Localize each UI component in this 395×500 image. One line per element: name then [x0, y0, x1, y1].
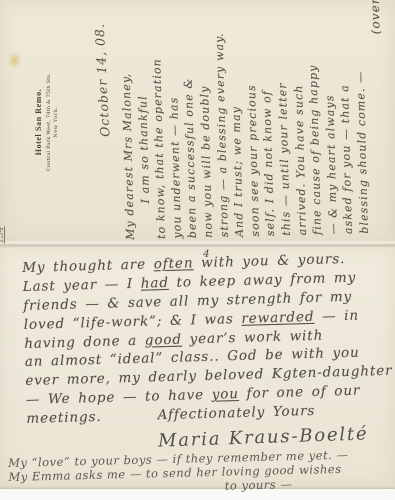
- text-segment: My dearest Mrs Maloney,: [120, 73, 137, 240]
- text-segment: self. I did not know of: [260, 90, 277, 236]
- text-segment: My thought are: [22, 256, 154, 276]
- text-segment: Affectionately Yours: [157, 403, 315, 423]
- text-segment: soon see your precious: [245, 84, 262, 237]
- text-segment: year’s work with: [182, 327, 324, 347]
- text-segment: with you & yours.: [193, 251, 345, 271]
- date-line: October 14, 08.: [90, 2, 112, 138]
- text-segment: you underwent — has: [167, 96, 184, 238]
- text-segment: I am so thankful: [136, 95, 152, 203]
- underlined-text: rewarded: [241, 309, 314, 327]
- text-segment: meetings.: [26, 409, 102, 427]
- letterhead-hotel-name: Hotel San Remo.: [34, 65, 44, 179]
- text-segment: now you will be doubly: [198, 85, 215, 238]
- letterhead-address: Central Park West, 74th & 75th Sts.: [46, 65, 52, 179]
- hotel-letterhead: Hotel San Remo. Central Park West, 74th …: [34, 65, 60, 179]
- text-segment: And I trust; we may: [230, 106, 246, 237]
- text-segment: arrived. You have such: [292, 84, 309, 235]
- text-segment: this — until your letter: [276, 82, 293, 236]
- text-segment: to yours —: [225, 477, 293, 493]
- text-segment: — & my heart always: [323, 94, 340, 234]
- rotated-letter-page: Hotel San Remo. Central Park West, 74th …: [0, 0, 395, 245]
- underlined-text: had: [141, 275, 170, 292]
- letter-scan-canvas: 134 Hotel San Remo. Central Park West, 7…: [0, 0, 395, 500]
- page-one-handwriting-block: My dearest Mrs Maloney,I am so thankfult…: [118, 0, 389, 240]
- underlined-text: good: [145, 331, 183, 348]
- text-segment: for one of our: [239, 383, 361, 402]
- text-segment: having done a: [24, 332, 145, 351]
- underlined-text: often: [153, 255, 193, 272]
- text-segment: Last year — I: [23, 276, 141, 295]
- underlined-text: you: [212, 386, 240, 403]
- text-segment: (over: [367, 0, 382, 35]
- letterhead-city: New York.: [53, 65, 59, 179]
- text-segment: asked for you — that a: [338, 84, 355, 234]
- page-four-handwriting-block: My thought are often with you & yours.La…: [22, 250, 395, 430]
- text-segment: — in: [314, 307, 359, 324]
